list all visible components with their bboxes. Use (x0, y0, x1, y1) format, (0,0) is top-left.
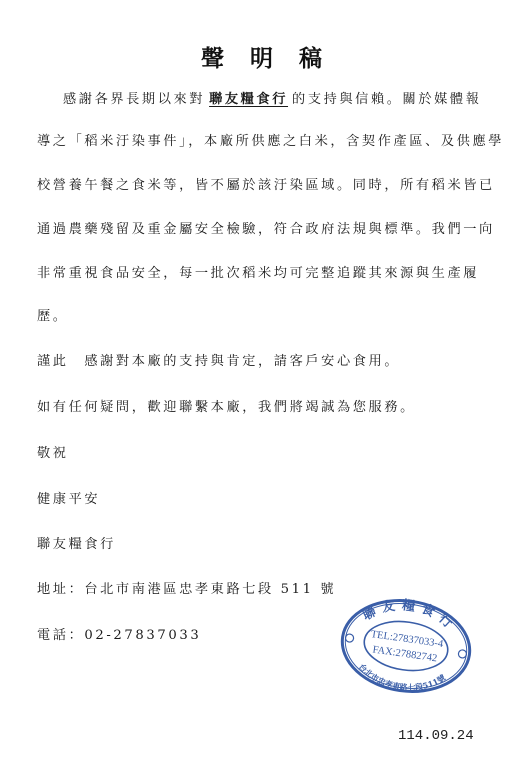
paragraph2: 謹此 感謝對本廠的支持與肯定，請客戶安心食用。 (37, 350, 400, 369)
page-title: 聲明稿 (0, 40, 523, 73)
signature: 聯友糧食行 (37, 533, 116, 552)
phone: 電話：02-27837033 (37, 624, 201, 643)
document-date: 114.09.24 (398, 728, 474, 744)
paragraph1-line1-after: 的支持與信賴。關於媒體報 (292, 92, 481, 107)
paragraph1-line5: 非常重視食品安全，每一批次稻米均可完整追蹤其來源與生產履 (37, 262, 479, 281)
paragraph1-line4: 通過農藥殘留及重金屬安全檢驗，符合政府法規與標準。我們一向 (37, 218, 495, 237)
address: 地址：台北市南港區忠孝東路七段 511 號 (37, 578, 336, 597)
paragraph1-line3: 校營養午餐之食米等，皆不屬於該汙染區域。同時，所有稻米皆已 (37, 174, 495, 193)
paragraph3: 如有任何疑問，歡迎聯繫本廠，我們將竭誠為您服務。 (37, 396, 416, 415)
closing-salutation: 敬祝 (37, 442, 69, 461)
declaration-page: 聲明稿 感謝各界長期以來對聯友糧食行的支持與信賴。關於媒體報 導之「稻米汙染事件… (0, 0, 523, 760)
paragraph1-line6: 歷。 (37, 305, 69, 324)
paragraph1-line1-before: 感謝各界長期以來對 (63, 92, 205, 107)
company-name-highlight: 聯友糧食行 (205, 92, 292, 107)
closing-wish: 健康平安 (37, 488, 100, 507)
paragraph1-line1: 感謝各界長期以來對聯友糧食行的支持與信賴。關於媒體報 (63, 88, 481, 107)
stamp-left-emblem-icon (345, 634, 354, 643)
paragraph1-line2: 導之「稻米汙染事件」，本廠所供應之白米，含契作產區、及供應學 (37, 130, 504, 149)
company-seal-stamp: 聯友糧食行 TEL:27837033-4 FAX:27882742 台北市忠孝東… (333, 589, 479, 703)
